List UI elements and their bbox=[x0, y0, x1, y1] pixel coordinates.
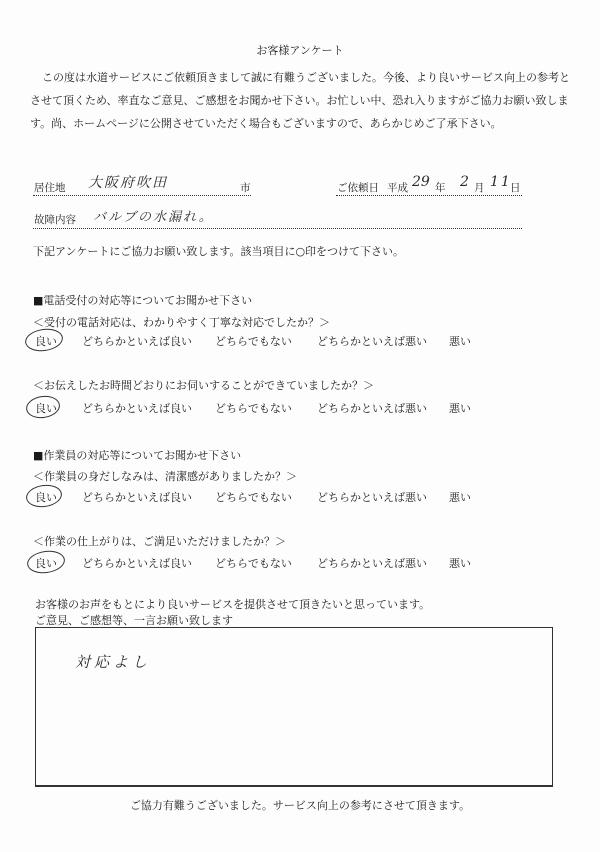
request-date-day-unit: 日 bbox=[510, 181, 521, 195]
option-neutral[interactable]: どちらでもない bbox=[215, 489, 292, 505]
comment-prompt-1: お客様のお声をもとにより良いサービスを提供させて頂きたいと思っています。 bbox=[35, 598, 430, 612]
option-somewhat-bad[interactable]: どちらかといえば悪い bbox=[317, 489, 427, 505]
option-somewhat-good[interactable]: どちらかといえば良い bbox=[82, 555, 192, 571]
option-somewhat-good[interactable]: どちらかといえば良い bbox=[82, 400, 192, 416]
residence-label: 居住地 bbox=[34, 181, 66, 195]
comment-prompt-2: ご意見、ご感想等、一言お願い致します bbox=[35, 614, 233, 628]
request-date-year[interactable]: 29 bbox=[412, 174, 430, 190]
footer-thanks: ご協力有難うございました。サービス向上の参考にさせて頂きます。 bbox=[0, 797, 600, 813]
intro-line-3: す。尚、ホームページに公開させていただく場合もございますので、あらかじめご了承下… bbox=[30, 112, 502, 135]
section-heading-phone: ■電話受付の対応等についてお聞かせ下さい bbox=[33, 292, 252, 308]
fault-underline bbox=[33, 228, 522, 229]
option-bad[interactable]: 悪い bbox=[449, 555, 471, 571]
fault-value[interactable]: バルブの水漏れ。 bbox=[93, 206, 214, 225]
option-neutral[interactable]: どちらでもない bbox=[215, 400, 292, 416]
section-heading-worker: ■作業員の対応等についてお聞かせ下さい bbox=[33, 447, 241, 463]
request-date-era: 平成 bbox=[387, 181, 408, 195]
option-somewhat-bad[interactable]: どちらかといえば悪い bbox=[317, 333, 427, 349]
request-date-month-unit: 月 bbox=[474, 181, 485, 195]
option-neutral[interactable]: どちらでもない bbox=[215, 555, 292, 571]
instruction-text: 下記アンケートにご協力お願い致します。該当項目に○印をつけて下さい。 bbox=[33, 245, 404, 259]
option-somewhat-good[interactable]: どちらかといえば良い bbox=[82, 489, 192, 505]
option-somewhat-bad[interactable]: どちらかといえば悪い bbox=[317, 555, 427, 571]
survey-title: お客様アンケート bbox=[0, 42, 600, 58]
request-date-underline bbox=[336, 195, 522, 196]
option-neutral[interactable]: どちらでもない bbox=[215, 333, 292, 349]
question-work-quality: ＜作業の仕上がりは、ご満足いただけましたか？＞ bbox=[33, 533, 286, 549]
fault-label: 故障内容 bbox=[34, 213, 76, 227]
request-date-year-unit: 年 bbox=[435, 181, 446, 195]
request-date-month[interactable]: 2 bbox=[460, 174, 471, 190]
option-somewhat-good[interactable]: どちらかといえば良い bbox=[82, 333, 192, 349]
intro-line-1: この度は水道サービスにご依頼頂きまして誠に有難うございました。今後、より良いサー… bbox=[42, 66, 570, 89]
question-phone-clarity: ＜受付の電話対応は、わかりやすく丁寧な対応でしたか？＞ bbox=[33, 314, 330, 330]
option-good[interactable]: 良い bbox=[35, 400, 57, 416]
option-bad[interactable]: 悪い bbox=[449, 333, 471, 349]
request-date-label: ご依頼日 bbox=[337, 181, 379, 195]
comment-value[interactable]: 対応よし bbox=[75, 651, 151, 672]
intro-line-2: させて頂くため、率直なご意見、ご感想をお聞かせ下さい。お忙しい中、恐れ入りますが… bbox=[30, 89, 569, 112]
question-phone-punctuality: ＜お伝えしたお時間どおりにお伺いすることができていましたか？＞ bbox=[33, 377, 374, 393]
option-bad[interactable]: 悪い bbox=[449, 489, 471, 505]
request-date-day[interactable]: 11 bbox=[490, 174, 512, 190]
option-good[interactable]: 良い bbox=[35, 333, 57, 349]
option-bad[interactable]: 悪い bbox=[449, 400, 471, 416]
residence-value[interactable]: 大阪府吹田 bbox=[88, 172, 168, 192]
option-good[interactable]: 良い bbox=[35, 489, 57, 505]
residence-underline bbox=[33, 195, 251, 196]
question-worker-appearance: ＜作業員の身だしなみは、清潔感がありましたか？＞ bbox=[33, 468, 297, 484]
residence-suffix: 市 bbox=[240, 181, 251, 195]
option-somewhat-bad[interactable]: どちらかといえば悪い bbox=[317, 400, 427, 416]
option-good[interactable]: 良い bbox=[35, 555, 57, 571]
